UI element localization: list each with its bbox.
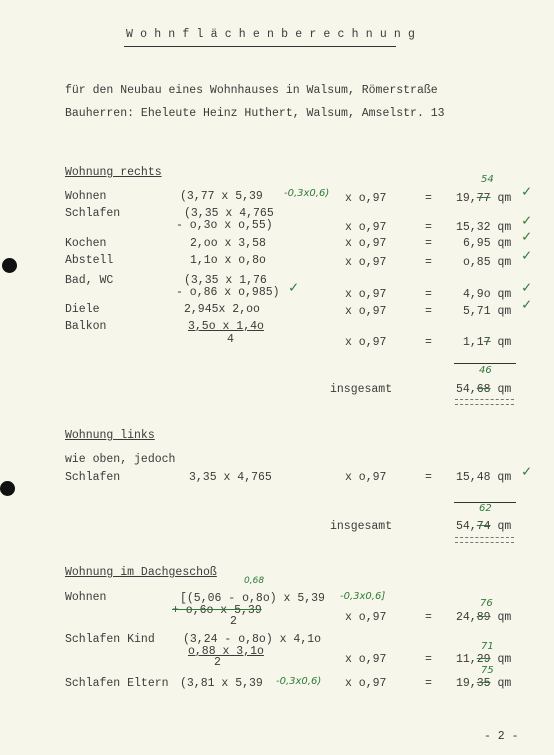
total-label-links: insgesamt	[330, 520, 392, 534]
double-underline-rechts	[455, 399, 514, 405]
check-icon: ✓	[522, 282, 531, 296]
punch-hole-top	[2, 258, 17, 273]
section-heading-dach: Wohnung im Dachgeschoß	[65, 566, 217, 580]
page-number: - 2 -	[484, 730, 519, 744]
section-heading-links: Wohnung links	[65, 429, 155, 443]
owners: Bauherren: Eheleute Heinz Huthert, Walsu…	[65, 107, 445, 121]
check-icon: ✓	[522, 299, 531, 313]
check-icon: ✓	[522, 250, 531, 264]
title-underline	[124, 46, 396, 47]
links-note: wie oben, jedoch	[65, 453, 175, 467]
subtitle: für den Neubau eines Wohnhauses in Walsu…	[65, 84, 438, 98]
punch-hole-bottom	[0, 481, 15, 496]
check-icon: ✓	[522, 186, 531, 200]
check-icon: ✓	[522, 466, 531, 480]
total-rechts: 54,68 qm	[456, 383, 511, 397]
check-icon: ✓	[522, 215, 531, 229]
section-heading-rechts: Wohnung rechts	[65, 166, 162, 180]
check-icon: ✓	[289, 282, 298, 296]
total-links: 54,74 qm	[456, 520, 511, 534]
total-label-rechts: insgesamt	[330, 383, 392, 397]
double-underline-links	[455, 537, 514, 543]
check-icon: ✓	[522, 231, 531, 245]
page-title: Wohnflächenberechnung	[126, 28, 422, 42]
